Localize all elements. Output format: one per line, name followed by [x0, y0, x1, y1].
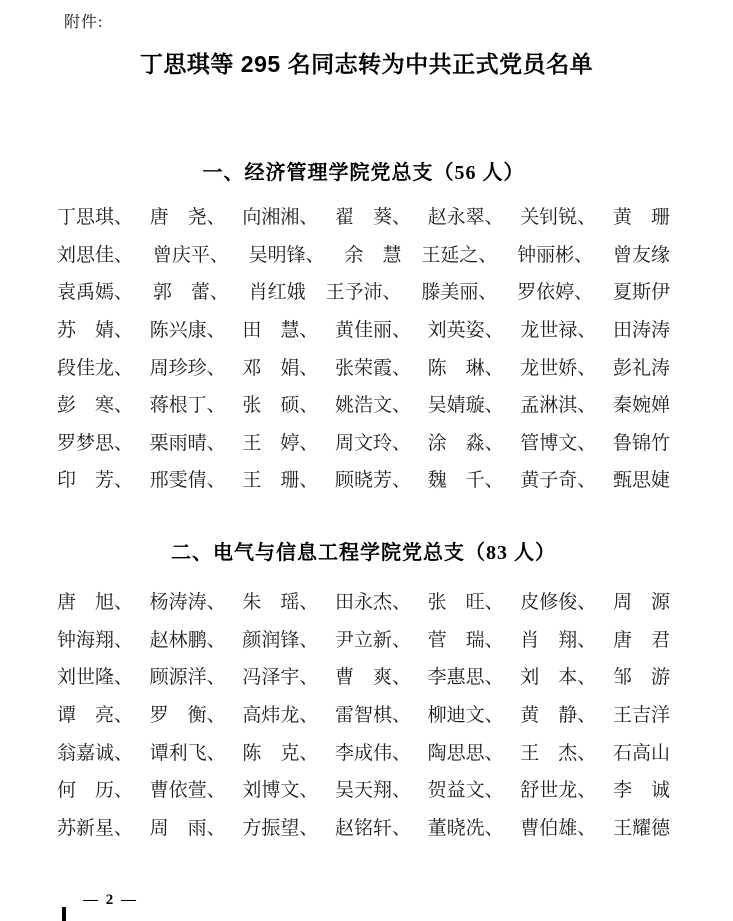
person-name: 曹 爽、 — [335, 662, 411, 689]
person-name: 王吉洋 — [613, 700, 670, 727]
person-name: 赵林鹏、 — [150, 625, 226, 652]
person-name: 周 源 — [613, 587, 670, 614]
person-name: 龙世禄、 — [520, 315, 596, 342]
person-name: 李惠思、 — [428, 662, 504, 689]
section-1-heading: 一、经济管理学院党总支（56 人） — [57, 156, 670, 185]
person-name: 田 慧、 — [242, 315, 318, 342]
name-row: 谭 亮、罗 衡、高炜龙、雷智棋、柳迪文、黄 静、王吉洋 — [57, 695, 670, 733]
person-name: 陈兴康、 — [150, 315, 226, 342]
person-name: 王 婷、 — [242, 428, 318, 455]
person-name: 钟海翔、 — [57, 625, 133, 652]
person-name: 钟丽彬、 — [517, 240, 593, 267]
person-name: 刘英姿、 — [428, 315, 504, 342]
person-name: 曾友缘 — [613, 240, 670, 267]
person-name: 曹依萱、 — [150, 775, 226, 802]
person-name: 唐 君 — [613, 625, 670, 652]
person-name: 王耀德 — [613, 813, 670, 840]
person-name: 贺益文、 — [428, 775, 504, 802]
person-name: 黄 静、 — [520, 700, 596, 727]
person-name: 皮修俊、 — [520, 587, 596, 614]
person-name: 唐 旭、 — [57, 587, 133, 614]
name-row: 苏新星、周 雨、方振望、赵铭轩、董晓冼、曹伯雄、王耀德 — [57, 808, 670, 846]
person-name: 翁嘉诚、 — [57, 738, 133, 765]
person-name: 段佳龙、 — [57, 353, 133, 380]
person-name: 赵永翠、 — [428, 202, 504, 229]
attachment-label: 附件: — [64, 9, 103, 32]
person-name: 张荣霞、 — [335, 353, 411, 380]
name-row: 刘思佳、曾庆平、吴明锋、余 慧王延之、钟丽彬、曾友缘 — [57, 235, 670, 273]
person-name: 顾晓芳、 — [335, 465, 411, 492]
person-name: 彭礼涛 — [613, 353, 670, 380]
person-name: 刘思佳、 — [57, 240, 133, 267]
page-number: — 2 — — [83, 892, 138, 909]
person-name: 吴婧璇、 — [428, 390, 504, 417]
person-name: 彭 寒、 — [57, 390, 133, 417]
person-name: 王予沛、 — [325, 277, 401, 304]
person-name: 甄思婕 — [613, 465, 670, 492]
person-name: 冯泽宇、 — [242, 662, 318, 689]
person-name: 曹伯雄、 — [520, 813, 596, 840]
person-name: 唐 尧、 — [150, 202, 226, 229]
person-name: 关钊锐、 — [520, 202, 596, 229]
person-name: 苏 婧、 — [57, 315, 133, 342]
person-name: 向湘湘、 — [242, 202, 318, 229]
person-name: 田永杰、 — [335, 587, 411, 614]
person-name: 曾庆平、 — [153, 240, 229, 267]
person-name: 涂 淼、 — [428, 428, 504, 455]
person-name: 姚浩文、 — [335, 390, 411, 417]
person-name: 黄佳丽、 — [335, 315, 411, 342]
person-name: 朱 瑶、 — [242, 587, 318, 614]
name-row: 罗梦思、栗雨晴、王 婷、周文玲、涂 淼、管博文、鲁锦竹 — [57, 423, 670, 461]
person-name: 王 杰、 — [520, 738, 596, 765]
person-name: 孟淋淇、 — [520, 390, 596, 417]
name-row: 袁禹嫣、郭 蕾、肖红娥王予沛、滕美丽、罗依婷、夏斯伊 — [57, 272, 670, 310]
person-name: 滕美丽、 — [421, 277, 497, 304]
name-row: 丁思琪、唐 尧、向湘湘、翟 葵、赵永翠、关钊锐、黄 珊 — [57, 197, 670, 235]
person-name: 黄 珊 — [613, 202, 670, 229]
person-name: 石高山 — [613, 738, 670, 765]
name-row: 钟海翔、赵林鹏、颜润锋、尹立新、菅 瑞、肖 翔、唐 君 — [57, 620, 670, 658]
person-name: 谭利飞、 — [150, 738, 226, 765]
person-name: 董晓冼、 — [428, 813, 504, 840]
person-name: 高炜龙、 — [242, 700, 318, 727]
name-row: 苏 婧、陈兴康、田 慧、黄佳丽、刘英姿、龙世禄、田涛涛 — [57, 310, 670, 348]
person-name: 余 慧 — [344, 240, 401, 267]
section-2-name-list: 唐 旭、杨涛涛、朱 瑶、田永杰、张 旺、皮修俊、周 源 钟海翔、赵林鹏、颜润锋、… — [57, 582, 670, 845]
person-name: 颜润锋、 — [242, 625, 318, 652]
document-page: 附件: 丁思琪等 295 名同志转为中共正式党员名单 一、经济管理学院党总支（5… — [0, 0, 733, 921]
person-name: 李 诚 — [613, 775, 670, 802]
document-title: 丁思琪等 295 名同志转为中共正式党员名单 — [0, 46, 733, 79]
person-name: 鲁锦竹 — [613, 428, 670, 455]
person-name: 吴明锋、 — [249, 240, 325, 267]
person-name: 李成伟、 — [335, 738, 411, 765]
name-row: 段佳龙、周珍珍、邓 娟、张荣霞、陈 琳、龙世娇、彭礼涛 — [57, 347, 670, 385]
person-name: 刘世隆、 — [57, 662, 133, 689]
name-row: 唐 旭、杨涛涛、朱 瑶、田永杰、张 旺、皮修俊、周 源 — [57, 582, 670, 620]
person-name: 翟 葵、 — [335, 202, 411, 229]
person-name: 陈 克、 — [242, 738, 318, 765]
person-name: 王延之、 — [421, 240, 497, 267]
person-name: 田涛涛 — [613, 315, 670, 342]
person-name: 罗 衡、 — [150, 700, 226, 727]
person-name: 赵铭轩、 — [335, 813, 411, 840]
person-name: 周文玲、 — [335, 428, 411, 455]
person-name: 袁禹嫣、 — [57, 277, 133, 304]
name-row: 印 芳、邢雯倩、王 珊、顾晓芳、魏 千、黄子奇、甄思婕 — [57, 460, 670, 498]
person-name: 刘 本、 — [520, 662, 596, 689]
person-name: 夏斯伊 — [613, 277, 670, 304]
person-name: 印 芳、 — [57, 465, 133, 492]
person-name: 邹 游 — [613, 662, 670, 689]
person-name: 苏新星、 — [57, 813, 133, 840]
person-name: 邓 娟、 — [242, 353, 318, 380]
person-name: 秦婉婵 — [613, 390, 670, 417]
person-name: 管博文、 — [520, 428, 596, 455]
person-name: 舒世龙、 — [520, 775, 596, 802]
person-name: 罗梦思、 — [57, 428, 133, 455]
person-name: 魏 千、 — [428, 465, 504, 492]
name-row: 彭 寒、蒋根丁、张 硕、姚浩文、吴婧璇、孟淋淇、秦婉婵 — [57, 385, 670, 423]
person-name: 杨涛涛、 — [150, 587, 226, 614]
person-name: 张 旺、 — [428, 587, 504, 614]
person-name: 肖红娥 — [249, 277, 306, 304]
name-row: 翁嘉诚、谭利飞、陈 克、李成伟、陶思思、王 杰、石高山 — [57, 732, 670, 770]
person-name: 龙世娇、 — [520, 353, 596, 380]
person-name: 谭 亮、 — [57, 700, 133, 727]
name-row: 刘世隆、顾源洋、冯泽宇、曹 爽、李惠思、刘 本、邹 游 — [57, 657, 670, 695]
person-name: 黄子奇、 — [520, 465, 596, 492]
person-name: 顾源洋、 — [150, 662, 226, 689]
scan-artifact-mark — [62, 907, 66, 921]
person-name: 栗雨晴、 — [150, 428, 226, 455]
person-name: 何 历、 — [57, 775, 133, 802]
person-name: 尹立新、 — [335, 625, 411, 652]
person-name: 吴天翔、 — [335, 775, 411, 802]
person-name: 邢雯倩、 — [150, 465, 226, 492]
person-name: 周 雨、 — [150, 813, 226, 840]
person-name: 蒋根丁、 — [150, 390, 226, 417]
section-1-name-list: 丁思琪、唐 尧、向湘湘、翟 葵、赵永翠、关钊锐、黄 珊 刘思佳、曾庆平、吴明锋、… — [57, 197, 670, 498]
person-name: 陶思思、 — [428, 738, 504, 765]
person-name: 张 硕、 — [242, 390, 318, 417]
person-name: 罗依婷、 — [517, 277, 593, 304]
person-name: 丁思琪、 — [57, 202, 133, 229]
person-name: 雷智棋、 — [335, 700, 411, 727]
person-name: 柳迪文、 — [428, 700, 504, 727]
person-name: 方振望、 — [242, 813, 318, 840]
person-name: 郭 蕾、 — [153, 277, 229, 304]
person-name: 周珍珍、 — [150, 353, 226, 380]
person-name: 肖 翔、 — [520, 625, 596, 652]
person-name: 菅 瑞、 — [428, 625, 504, 652]
person-name: 王 珊、 — [242, 465, 318, 492]
name-row: 何 历、曹依萱、刘博文、吴天翔、贺益文、舒世龙、李 诚 — [57, 770, 670, 808]
person-name: 陈 琳、 — [428, 353, 504, 380]
person-name: 刘博文、 — [242, 775, 318, 802]
section-2-heading: 二、电气与信息工程学院党总支（83 人） — [57, 536, 670, 565]
